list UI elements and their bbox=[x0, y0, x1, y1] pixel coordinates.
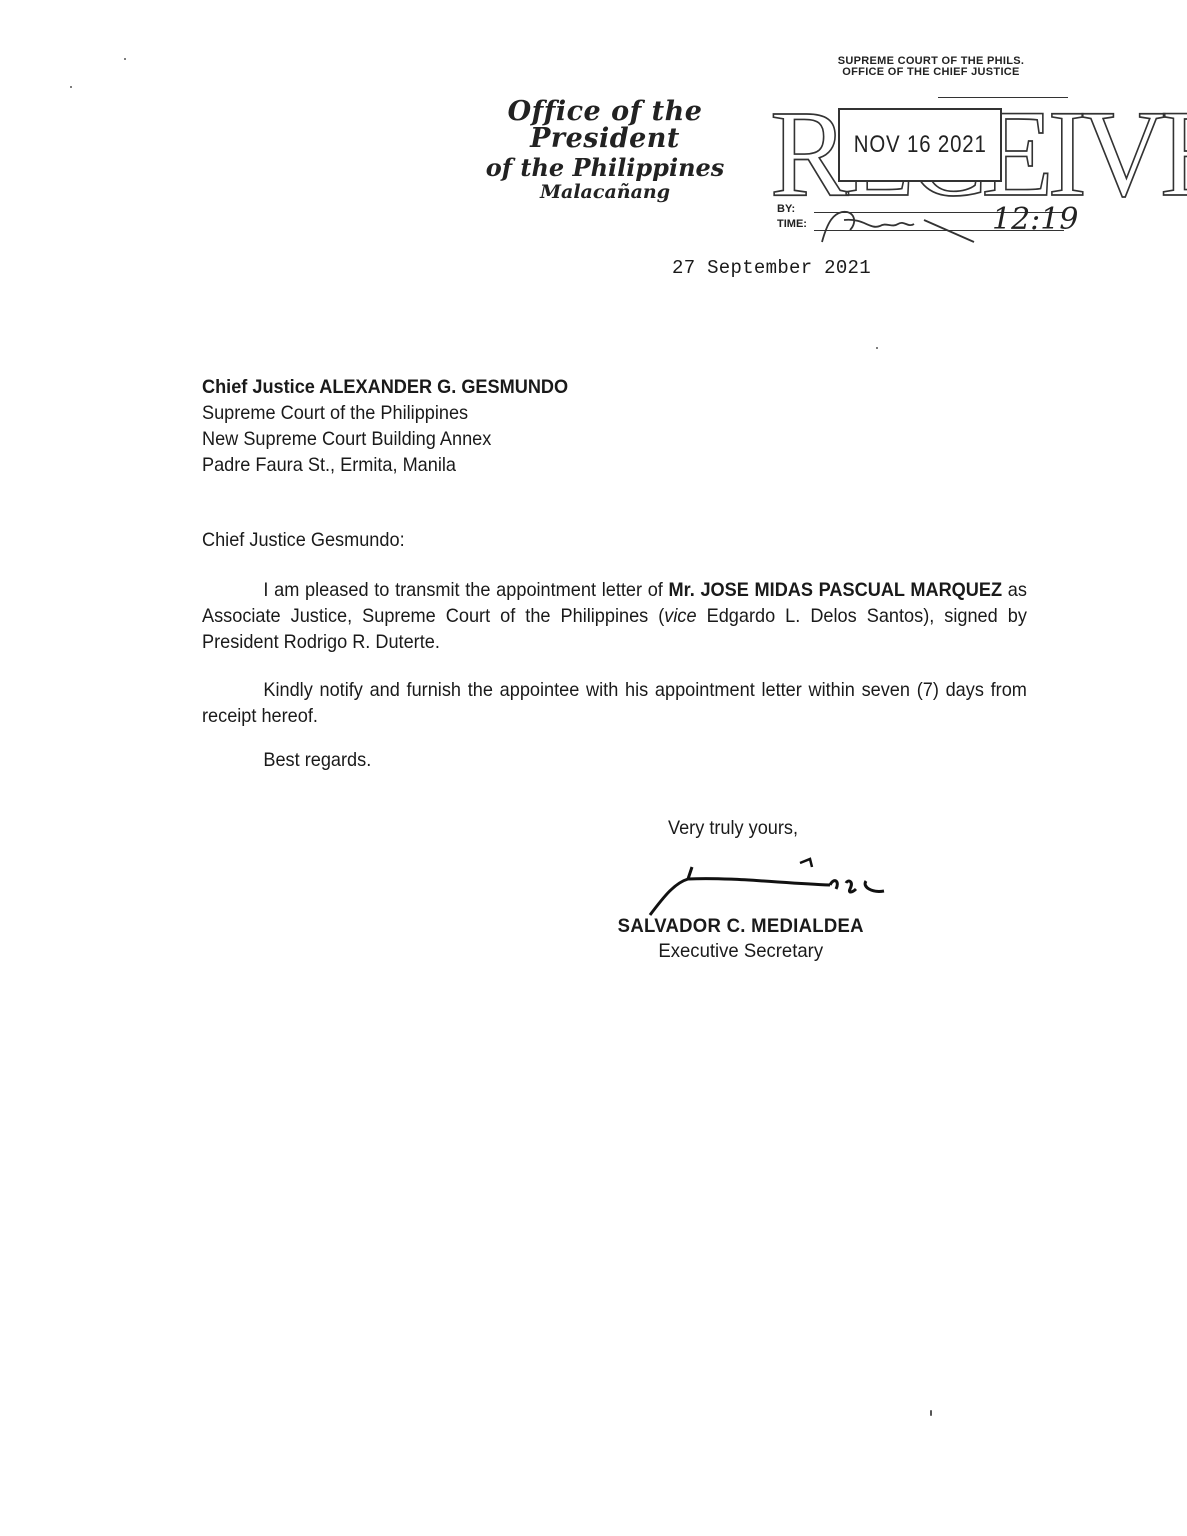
addressee-title: Chief Justice bbox=[202, 376, 315, 398]
signer-block: SALVADOR C. MEDIALDEA Executive Secretar… bbox=[603, 914, 879, 964]
stamp-date: NOV 16 2021 bbox=[854, 131, 987, 159]
addressee-line: Supreme Court of the Philippines bbox=[202, 400, 568, 426]
stamp-organization: SUPREME COURT OF THE PHILS. OFFICE OF TH… bbox=[796, 56, 1066, 78]
stamp-time-label: TIME: bbox=[777, 218, 807, 230]
scan-speck bbox=[70, 86, 72, 88]
letter-date: 27 September 2021 bbox=[672, 257, 871, 279]
addressee-line: Padre Faura St., Ermita, Manila bbox=[202, 452, 568, 478]
p1-italic: vice bbox=[664, 605, 696, 627]
letterhead-office: Office of the President bbox=[440, 98, 770, 152]
addressee-line: New Supreme Court Building Annex bbox=[202, 426, 568, 452]
addressee-name: ALEXANDER G. GESMUNDO bbox=[319, 376, 568, 398]
complimentary-close: Very truly yours, bbox=[668, 817, 798, 840]
appointee-name: Mr. JOSE MIDAS PASCUAL MARQUEZ bbox=[669, 579, 1002, 601]
signer-name: SALVADOR C. MEDIALDEA bbox=[603, 914, 879, 939]
body-paragraph-2: Kindly notify and furnish the appointee … bbox=[202, 677, 1027, 729]
salutation: Chief Justice Gesmundo: bbox=[202, 529, 405, 552]
received-stamp: SUPREME COURT OF THE PHILS. OFFICE OF TH… bbox=[770, 52, 1090, 252]
scan-speck bbox=[876, 347, 878, 349]
body-paragraph-1: I am pleased to transmit the appointment… bbox=[202, 577, 1027, 655]
stamp-org-line2: OFFICE OF THE CHIEF JUSTICE bbox=[796, 67, 1066, 78]
signer-title: Executive Secretary bbox=[603, 939, 879, 964]
addressee-block: Chief Justice ALEXANDER G. GESMUNDO Supr… bbox=[202, 374, 568, 478]
scan-speck bbox=[930, 1410, 932, 1416]
letterhead-country: of the Philippines bbox=[440, 156, 770, 180]
letterhead-location: Malacañang bbox=[440, 183, 770, 202]
p1-text-a: I am pleased to transmit the appointment… bbox=[263, 579, 668, 601]
stamp-time-value: 12:19 bbox=[992, 202, 1078, 237]
stamp-rule bbox=[938, 97, 1068, 98]
letterhead: Office of the President of the Philippin… bbox=[440, 98, 770, 202]
stamp-by-label: BY: bbox=[777, 203, 795, 215]
body-paragraph-3: Best regards. bbox=[202, 747, 1027, 773]
addressee-name-line: Chief Justice ALEXANDER G. GESMUNDO bbox=[202, 374, 568, 400]
stamp-date-box: NOV 16 2021 bbox=[838, 108, 1002, 182]
scan-speck bbox=[124, 58, 126, 60]
